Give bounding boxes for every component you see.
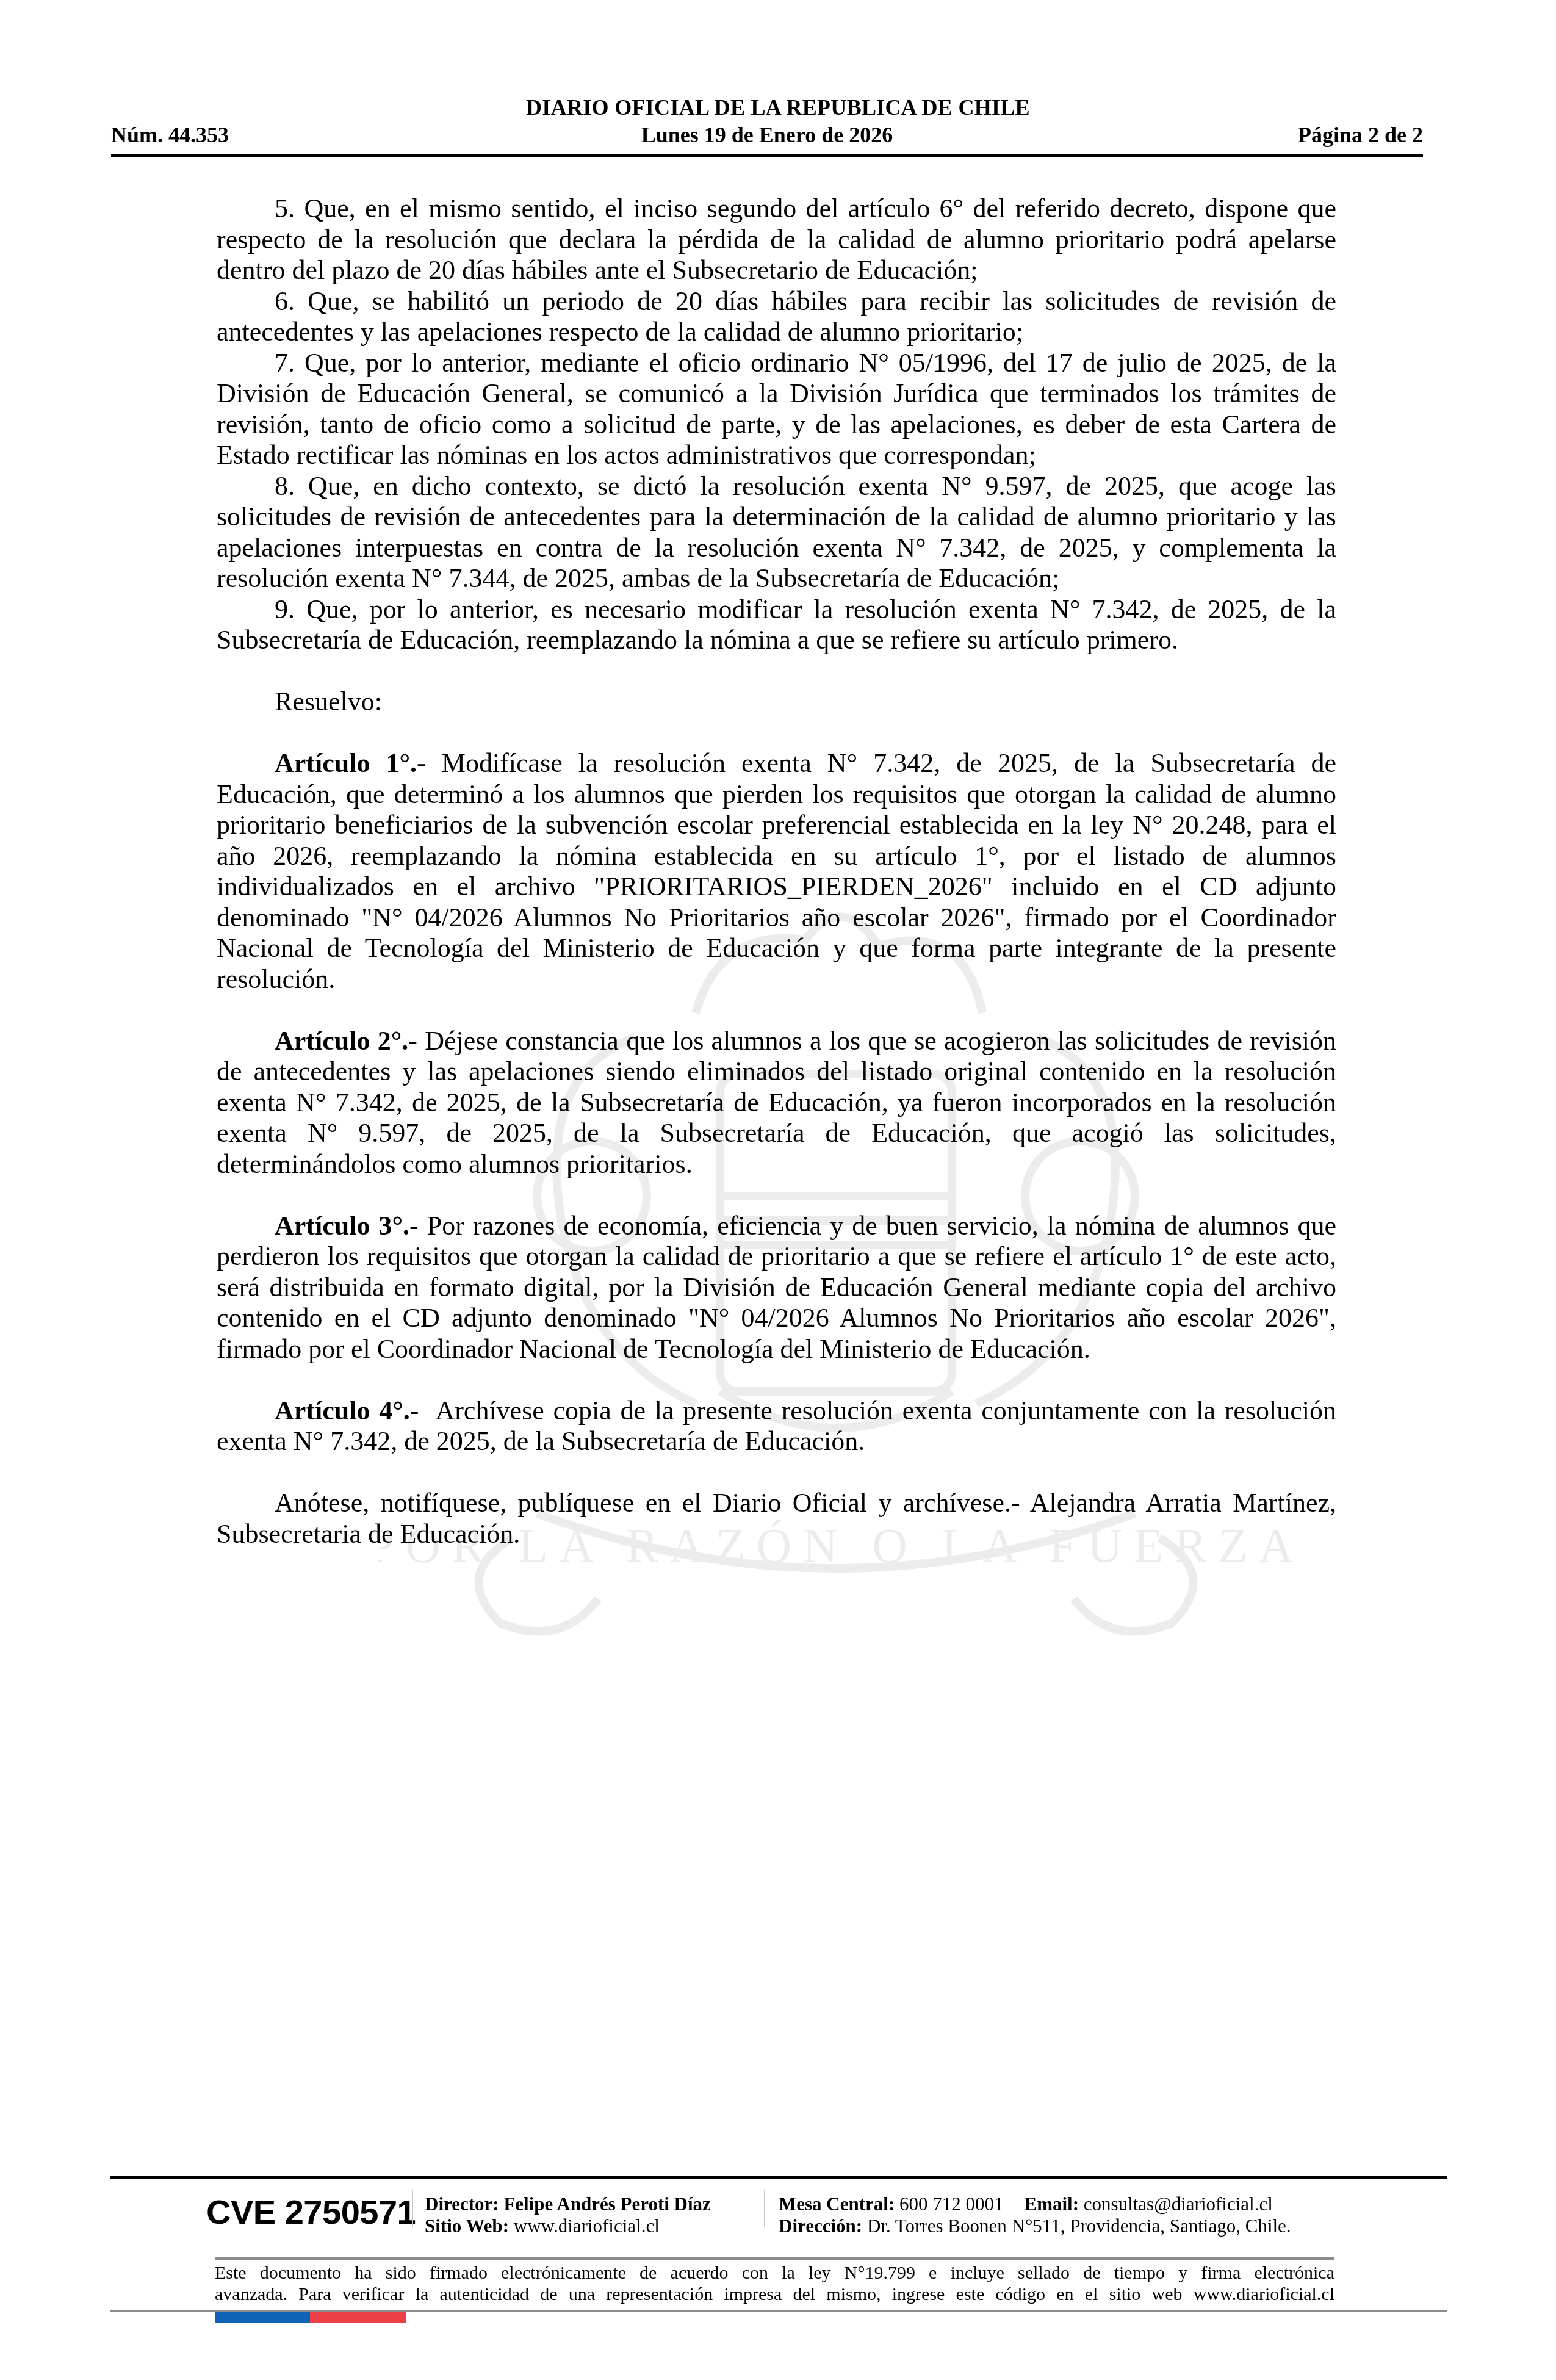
consideration-5: 5. Que, en el mismo sentido, el inciso s… bbox=[217, 193, 1336, 286]
consideration-8: 8. Que, en dicho contexto, se dictó la r… bbox=[217, 471, 1336, 594]
closing-signature: Anótese, notifíquese, publíquese en el D… bbox=[217, 1488, 1336, 1549]
director-name: Felipe Andrés Peroti Díaz bbox=[503, 2193, 711, 2215]
footer-contact-block: Mesa Central: 600 712 0001Email: consult… bbox=[779, 2193, 1291, 2237]
resolves-label: Resuelvo: bbox=[217, 687, 1336, 718]
article-2: Artículo 2°.- Déjese constancia que los … bbox=[217, 1026, 1336, 1180]
article-3: Artículo 3°.- Por razones de economía, e… bbox=[217, 1211, 1336, 1365]
email-label: Email: bbox=[1025, 2193, 1079, 2215]
consideration-7: 7. Que, por lo anterior, mediante el ofi… bbox=[217, 348, 1336, 471]
consideration-9: 9. Que, por lo anterior, es necesario mo… bbox=[217, 594, 1336, 656]
article-3-label: Artículo 3°.- bbox=[275, 1211, 419, 1241]
article-4-label: Artículo 4°.- bbox=[275, 1396, 419, 1426]
article-1-label: Artículo 1°.- bbox=[275, 748, 426, 778]
header-meta-row: Lunes 19 de Enero de 2026 Núm. 44.353 Pá… bbox=[111, 122, 1423, 149]
website-line: Sitio Web: www.diarioficial.cl bbox=[425, 2215, 711, 2237]
address-label: Dirección: bbox=[779, 2215, 862, 2237]
article-4: Artículo 4°.- Archívese copia de la pres… bbox=[217, 1396, 1336, 1457]
legal-line-2: avanzada. Para verificar la autenticidad… bbox=[215, 2284, 1334, 2305]
page-indicator: Página 2 de 2 bbox=[1298, 122, 1423, 148]
electronic-signature-notice: Este documento ha sido firmado electróni… bbox=[215, 2262, 1334, 2305]
article-2-label: Artículo 2°.- bbox=[275, 1026, 417, 1056]
document-body: 5. Que, en el mismo sentido, el inciso s… bbox=[217, 193, 1336, 1549]
issue-number: Núm. 44.353 bbox=[111, 122, 229, 148]
footer-separator bbox=[412, 2190, 413, 2227]
footer-separator bbox=[764, 2190, 765, 2227]
phone-label: Mesa Central: bbox=[779, 2193, 895, 2215]
director-label: Director: bbox=[425, 2193, 499, 2215]
footer-divider-middle bbox=[215, 2257, 1334, 2260]
website-label: Sitio Web: bbox=[425, 2215, 509, 2237]
flag-stripe-red bbox=[310, 2312, 406, 2323]
legal-line-1: Este documento ha sido firmado electróni… bbox=[215, 2262, 1334, 2284]
footer-divider-top bbox=[110, 2176, 1447, 2179]
article-1-text: Modifícase la resolución exenta N° 7.342… bbox=[217, 748, 1336, 994]
email-link[interactable]: consultas@diarioficial.cl bbox=[1084, 2193, 1273, 2215]
consideration-6: 6. Que, se habilitó un periodo de 20 día… bbox=[217, 286, 1336, 348]
header-divider bbox=[111, 154, 1423, 157]
address-text: Dr. Torres Boonen N°511, Providencia, Sa… bbox=[867, 2215, 1291, 2237]
issue-date: Lunes 19 de Enero de 2026 bbox=[111, 122, 1423, 148]
director-line: Director: Felipe Andrés Peroti Díaz bbox=[425, 2193, 711, 2215]
publication-title: DIARIO OFICIAL DE LA REPUBLICA DE CHILE bbox=[0, 95, 1556, 120]
footer-director-block: Director: Felipe Andrés Peroti Díaz Siti… bbox=[425, 2193, 711, 2237]
article-1: Artículo 1°.- Modifícase la resolución e… bbox=[217, 748, 1336, 995]
cve-code: CVE 2750571 bbox=[206, 2192, 416, 2232]
contact-line: Mesa Central: 600 712 0001Email: consult… bbox=[779, 2193, 1291, 2215]
address-line: Dirección: Dr. Torres Boonen N°511, Prov… bbox=[779, 2215, 1291, 2237]
flag-stripe-blue bbox=[215, 2312, 310, 2323]
phone-number: 600 712 0001 bbox=[899, 2193, 1004, 2215]
website-link[interactable]: www.diarioficial.cl bbox=[514, 2215, 660, 2237]
